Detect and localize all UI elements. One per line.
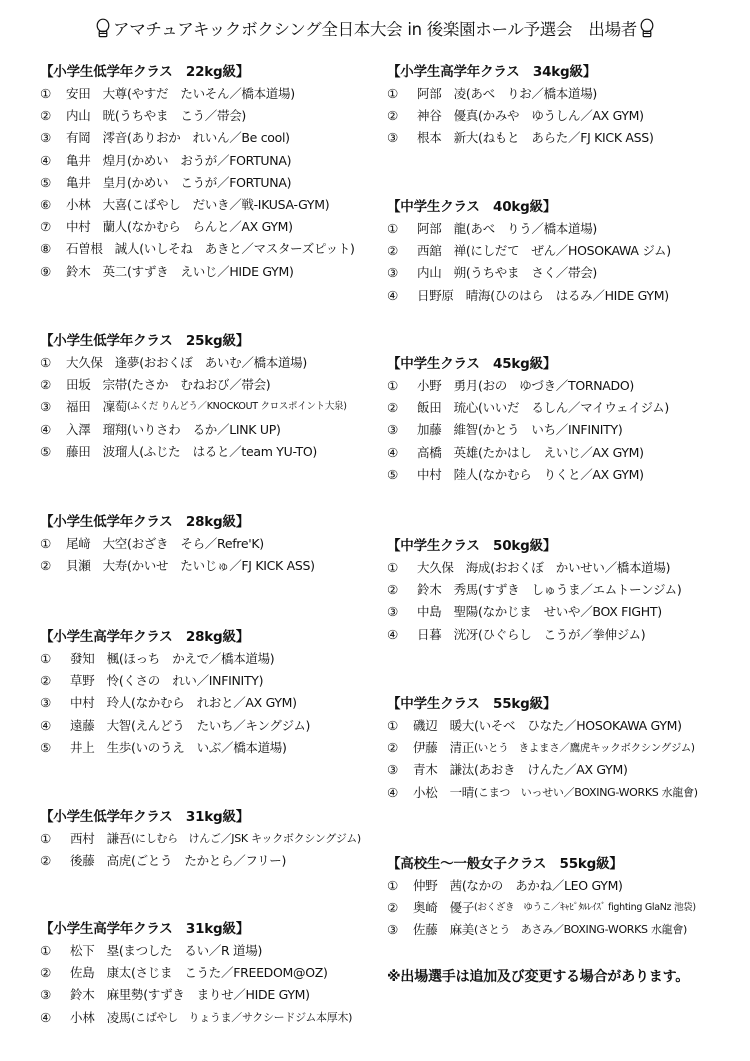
entry: ④入澤 瑠翔(いりさわ るか／LINK UP) [40, 419, 380, 441]
entry: ⑤藤田 波瑠人(ふじた はると／team YU-TO) [40, 441, 380, 463]
section-heading: 【小学生低学年クラス 31kg級】 [40, 806, 380, 828]
entry: ②飯田 琉心(いいだ るしん／マイウェイジム) [387, 397, 727, 419]
entry: ③福田 凜萄(ふくだ りんどう／KNOCKOUT クロスポイント大泉) [40, 396, 380, 418]
entry: ①阿部 凌(あべ りお／橋本道場) [387, 83, 727, 105]
page-title: アマチュアキックボクシング全日本大会 in 後楽園ホール予選会 出場者 [0, 16, 750, 40]
section-heading: 【中学生クラス 45kg級】 [387, 353, 727, 375]
entry: ⑨鈴木 英二(すずき えいじ／HIDE GYM) [40, 261, 380, 283]
section-upper-34kg: 【小学生高学年クラス 34kg級】 ①阿部 凌(あべ りお／橋本道場) ②神谷 … [387, 61, 727, 150]
section-heading: 【中学生クラス 55kg級】 [387, 693, 727, 715]
entry: ⑤井上 生歩(いのうえ いぶ／橋本道場) [40, 737, 380, 759]
entry: ④日野原 晴海(ひのはら はるみ／HIDE GYM) [387, 285, 727, 307]
section-heading: 【小学生低学年クラス 22kg級】 [40, 61, 380, 83]
entry: ③加藤 維智(かとう いち／INFINITY) [387, 419, 727, 441]
entry: ③中村 玲人(なかむら れおと／AX GYM) [40, 692, 380, 714]
entry: ④高橋 英雄(たかはし えいじ／AX GYM) [387, 442, 727, 464]
entry: ①大久保 逢夢(おおくぼ あいむ／橋本道場) [40, 352, 380, 374]
entry: ②田坂 宗帯(たさか むねおび／帯会) [40, 374, 380, 396]
section-heading: 【小学生低学年クラス 28kg級】 [40, 511, 380, 533]
entry: ②鈴木 秀馬(すずき しゅうま／エムトーンジム) [387, 579, 727, 601]
section-heading: 【小学生高学年クラス 31kg級】 [40, 918, 380, 940]
entry: ②後藤 高虎(ごとう たかとら／フリー) [40, 850, 380, 872]
section-lower-22kg: 【小学生低学年クラス 22kg級】 ①安田 大尊(やすだ たいそん／橋本道場) … [40, 61, 380, 283]
section-heading: 【小学生低学年クラス 25kg級】 [40, 330, 380, 352]
section-heading: 【高校生～一般女子クラス 55kg級】 [387, 853, 727, 875]
entry: ①磯辺 暖大(いそべ ひなた／HOSOKAWA GYM) [387, 715, 727, 737]
entry: ④小松 一晴(こまつ いっせい／BOXING-WORKS 水龍會) [387, 782, 727, 804]
section-lower-25kg: 【小学生低学年クラス 25kg級】 ①大久保 逢夢(おおくぼ あいむ／橋本道場)… [40, 330, 380, 463]
section-women-55kg: 【高校生～一般女子クラス 55kg級】 ①仲野 茜(なかの あかね／LEO GY… [387, 853, 727, 942]
entry: ②奥崎 優子(おくざき ゆうこ／ｷｬﾋﾟﾀﾙﾚｲｽﾞ fighting GlaN… [387, 897, 727, 919]
entry: ③有岡 澪音(ありおか れいん／Be cool) [40, 127, 380, 149]
section-heading: 【小学生高学年クラス 34kg級】 [387, 61, 727, 83]
entry: ⑥小林 大喜(こばやし だいき／戦-IKUSA-GYM) [40, 194, 380, 216]
entry: ②伊藤 清正(いとう きよまさ／鷹虎キックボクシングジム) [387, 737, 727, 759]
entry: ③中島 聖陽(なかじま せいや／BOX FIGHT) [387, 601, 727, 623]
section-lower-31kg: 【小学生低学年クラス 31kg級】 ①西村 謙吾(にしむら けんご／JSK キッ… [40, 806, 380, 872]
section-junior-45kg: 【中学生クラス 45kg級】 ①小野 勇月(おの ゆづき／TORNADO) ②飯… [387, 353, 727, 486]
entry: ①松下 塁(まつした るい／R 道場) [40, 940, 380, 962]
entry: ②草野 怜(くさの れい／INFINITY) [40, 670, 380, 692]
section-upper-31kg: 【小学生高学年クラス 31kg級】 ①松下 塁(まつした るい／R 道場) ②佐… [40, 918, 380, 1029]
entry: ②佐島 康太(さじま こうた／FREEDOM@OZ) [40, 962, 380, 984]
entry: ①仲野 茜(なかの あかね／LEO GYM) [387, 875, 727, 897]
entry: ①安田 大尊(やすだ たいそん／橋本道場) [40, 83, 380, 105]
entry: ⑧石曽根 誠人(いしそね あきと／マスターズピット) [40, 238, 380, 260]
entry: ③鈴木 麻里勢(すずき まりせ／HIDE GYM) [40, 984, 380, 1006]
entry: ③根本 新大(ねもと あらた／FJ KICK ASS) [387, 127, 727, 149]
entry: ①尾﨑 大空(おざき そら／Refre'K) [40, 533, 380, 555]
section-heading: 【中学生クラス 40kg級】 [387, 196, 727, 218]
entry: ④日暮 洸冴(ひぐらし こうが／拳伸ジム) [387, 624, 727, 646]
entry: ②内山 晄(うちやま こう／帯会) [40, 105, 380, 127]
entry: ⑤亀井 皇月(かめい こうが／FORTUNA) [40, 172, 380, 194]
section-lower-28kg: 【小学生低学年クラス 28kg級】 ①尾﨑 大空(おざき そら／Refre'K)… [40, 511, 380, 577]
entry: ④小林 凌馬(こばやし りょうま／サクシードジム本厚木) [40, 1007, 380, 1029]
entry: ⑤中村 陸人(なかむら りくと／AX GYM) [387, 464, 727, 486]
entry: ②神谷 優真(かみや ゆうしん／AX GYM) [387, 105, 727, 127]
entry: ②貝瀬 大寿(かいせ たいじゅ／FJ KICK ASS) [40, 555, 380, 577]
section-junior-40kg: 【中学生クラス 40kg級】 ①阿部 龍(あべ りう／橋本道場) ②西舘 禅(に… [387, 196, 727, 307]
title-text: アマチュアキックボクシング全日本大会 in 後楽園ホール予選会 出場者 [113, 16, 637, 40]
boxing-glove-icon [640, 18, 654, 38]
entry: ①發知 楓(ほっち かえで／橋本道場) [40, 648, 380, 670]
section-heading: 【小学生高学年クラス 28kg級】 [40, 626, 380, 648]
entry: ②西舘 禅(にしだて ぜん／HOSOKAWA ジム) [387, 240, 727, 262]
section-junior-50kg: 【中学生クラス 50kg級】 ①大久保 海成(おおくぼ かいせい／橋本道場) ②… [387, 535, 727, 646]
entry: ①小野 勇月(おの ゆづき／TORNADO) [387, 375, 727, 397]
entry: ③青木 謙汰(あおき けんた／AX GYM) [387, 759, 727, 781]
section-upper-28kg: 【小学生高学年クラス 28kg級】 ①發知 楓(ほっち かえで／橋本道場) ②草… [40, 626, 380, 759]
entry: ④亀井 煌月(かめい おうが／FORTUNA) [40, 150, 380, 172]
entry: ①西村 謙吾(にしむら けんご／JSK キックボクシングジム) [40, 828, 380, 850]
entry: ③内山 朔(うちやま さく／帯会) [387, 262, 727, 284]
section-junior-55kg: 【中学生クラス 55kg級】 ①磯辺 暖大(いそべ ひなた／HOSOKAWA G… [387, 693, 727, 804]
entry: ①大久保 海成(おおくぼ かいせい／橋本道場) [387, 557, 727, 579]
entry: ①阿部 龍(あべ りう／橋本道場) [387, 218, 727, 240]
section-heading: 【中学生クラス 50kg級】 [387, 535, 727, 557]
entry: ④遠藤 大智(えんどう たいち／キングジム) [40, 715, 380, 737]
entry: ⑦中村 蘭人(なかむら らんと／AX GYM) [40, 216, 380, 238]
change-notice: ※出場選手は追加及び変更する場合があります。 [387, 966, 689, 986]
entry: ③佐藤 麻美(さとう あさみ／BOXING-WORKS 水龍會) [387, 919, 727, 941]
boxing-glove-icon [96, 18, 110, 38]
